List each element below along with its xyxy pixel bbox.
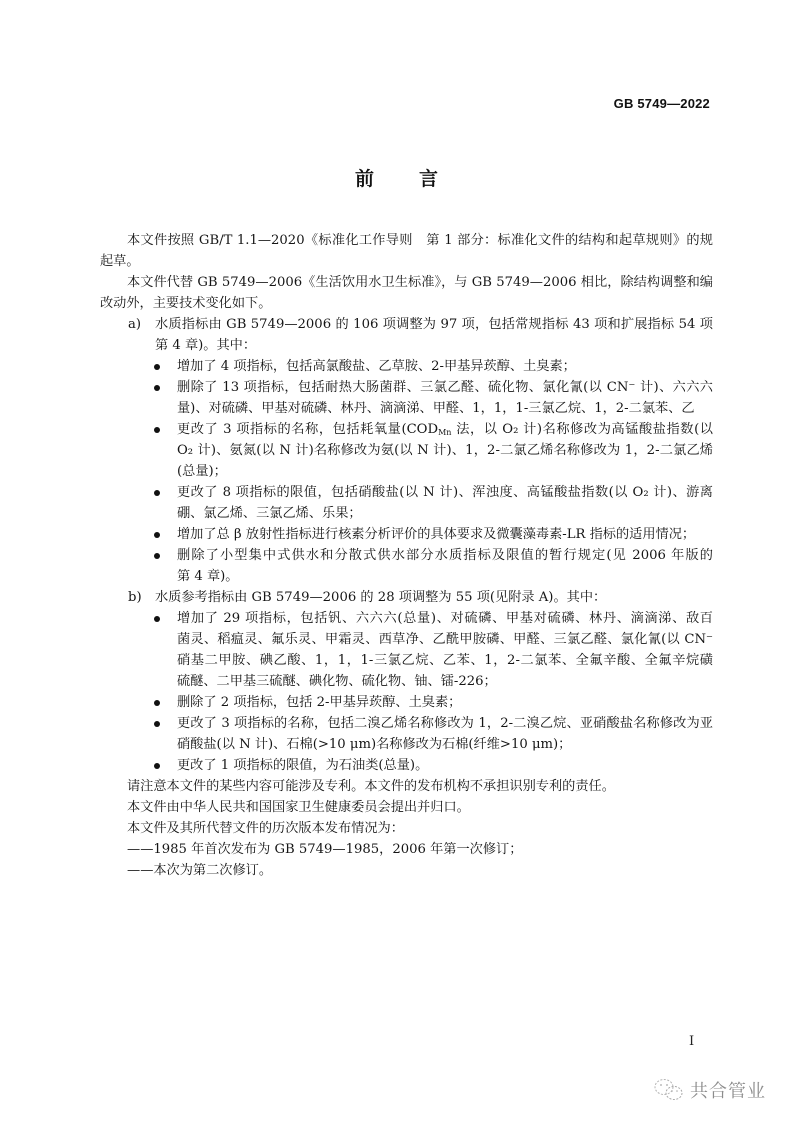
text-line: 第 4 章)。其中： — [100, 335, 713, 356]
history-item: ——本次为第二次修订。 — [100, 860, 713, 881]
text-line-content: 增加了总 β 放射性指标进行核素分析评价的具体要求及微囊藻毒素-LR 指标的适用… — [177, 527, 695, 542]
bullet-icon — [154, 553, 160, 559]
text-line-content: 水质指标由 GB 5749—2006 的 106 项调整为 97 项，包括常规指… — [155, 317, 713, 335]
text-line: 硝酸盐(以 N 计)、石棉(>10 μm)名称修改为石棉(纤维>10 μm)； — [100, 734, 713, 755]
bullet-item: 更改了 3 项指标的名称，包括二溴乙烯名称修改为 1，2-二溴乙烷、亚硝酸盐名称… — [100, 713, 713, 755]
text-line-content: 删除了 13 项指标，包括耐热大肠菌群、三氯乙醛、硫化物、氯化氰(以 CN⁻ 计… — [177, 380, 713, 398]
list-item-a: a) 水质指标由 GB 5749—2006 的 106 项调整为 97 项，包括… — [100, 314, 713, 587]
subscript: Mn — [438, 428, 451, 437]
watermark-text: 共合管业 — [690, 1077, 766, 1103]
text-line: b) 水质参考指标由 GB 5749—2006 的 28 项调整为 55 项(见… — [100, 587, 713, 608]
text-line: 更改了 3 项指标的名称，包括耗氧量(CODMn 法，以 O₂ 计)名称修改为高… — [100, 419, 713, 440]
bullet-item: 更改了 8 项指标的限值，包括硝酸盐(以 N 计)、浑浊度、高锰酸盐指数(以 O… — [100, 482, 713, 524]
text-line-content: 水质参考指标由 GB 5749—2006 的 28 项调整为 55 项(见附录 … — [155, 590, 606, 605]
text-line: (总量)； — [100, 461, 713, 482]
page-title: 前 言 — [0, 164, 793, 191]
text-line: 删除了 2 项指标，包括 2-甲基异莰醇、土臭素； — [100, 692, 713, 713]
page-number: I — [689, 1034, 694, 1049]
text-segment: 法，以 O₂ 计)名称修改为高锰酸盐指数(以 — [451, 422, 713, 437]
text-line: 增加了总 β 放射性指标进行核素分析评价的具体要求及微囊藻毒素-LR 指标的适用… — [100, 524, 713, 545]
bullet-item: 更改了 1 项指标的限值，为石油类(总量)。 — [100, 755, 713, 776]
text-line: 删除了 13 项指标，包括耐热大肠菌群、三氯乙醛、硫化物、氯化氰(以 CN⁻ 计… — [100, 377, 713, 398]
bullet-item: 增加了 29 项指标，包括钒、六六六(总量)、对硫磷、甲基对硫磷、林丹、滴滴涕、… — [100, 608, 713, 692]
paragraph-drafting-rules: 本文件按照 GB/T 1.1—2020《标准化工作导则 第 1 部分：标准化文件… — [100, 230, 713, 272]
bullet-item: 更改了 3 项指标的名称，包括耗氧量(CODMn 法，以 O₂ 计)名称修改为高… — [100, 419, 713, 482]
text-line: 本文件代替 GB 5749—2006《生活饮用水卫生标准》，与 GB 5749—… — [100, 272, 713, 293]
standard-number: GB 5749—2022 — [614, 96, 710, 111]
text-line: 更改了 8 项指标的限值，包括硝酸盐(以 N 计)、浑浊度、高锰酸盐指数(以 O… — [100, 482, 713, 503]
text-line: 第 4 章)。 — [100, 566, 713, 587]
text-line-content: 增加了 29 项指标，包括钒、六六六(总量)、对硫磷、甲基对硫磷、林丹、滴滴涕、… — [177, 611, 713, 629]
text-line-content: 增加了 4 项指标，包括高氯酸盐、乙草胺、2-甲基异莰醇、土臭素； — [177, 359, 576, 374]
text-line-content: 删除了小型集中式供水和分散式供水部分水质指标及限值的暂行规定(见 2006 年版… — [177, 548, 713, 563]
proposer-statement: 本文件由中华人民共和国国家卫生健康委员会提出并归口。 — [100, 797, 713, 818]
bullet-icon — [154, 763, 160, 769]
text-line: 菌灵、稻瘟灵、氟乐灵、甲霜灵、西草净、乙酰甲胺磷、甲醛、三氯乙醛、氯化氰(以 C… — [100, 629, 713, 650]
text-line-content: 更改了 3 项指标的名称，包括二溴乙烯名称修改为 1，2-二溴乙烷、亚硝酸盐名称… — [177, 716, 713, 731]
text-line: 硼、氯乙烯、三氯乙烯、乐果； — [100, 503, 713, 524]
text-line: 增加了 29 项指标，包括钒、六六六(总量)、对硫磷、甲基对硫磷、林丹、滴滴涕、… — [100, 608, 713, 629]
wechat-icon — [652, 1077, 686, 1103]
list-marker: b) — [128, 587, 142, 608]
text-line: O₂ 计)、氨氮(以 N 计)名称修改为氨(以 N 计)、1，2-二氯乙烯名称修… — [100, 440, 713, 461]
bullet-icon — [154, 700, 160, 706]
text-line: 硝基二甲胺、碘乙酸、1，1，1-三氯乙烷、乙苯、1，2-二氯苯、全氟辛酸、全氟辛… — [100, 650, 713, 671]
text-line-content: 更改了 1 项指标的限值，为石油类(总量)。 — [177, 758, 428, 773]
text-line: 删除了小型集中式供水和分散式供水部分水质指标及限值的暂行规定(见 2006 年版… — [100, 545, 713, 566]
preface-body: 本文件按照 GB/T 1.1—2020《标准化工作导则 第 1 部分：标准化文件… — [100, 230, 713, 881]
bullet-icon — [154, 532, 160, 538]
text-line: 起草。 — [100, 251, 713, 272]
text-segment: 更改了 3 项指标的名称，包括耗氧量(COD — [177, 422, 438, 437]
patent-notice: 请注意本文件的某些内容可能涉及专利。本文件的发布机构不承担识别专利的责任。 — [100, 776, 713, 797]
bullet-icon — [154, 364, 160, 370]
watermark: 共合管业 — [652, 1076, 766, 1104]
list-item-b: b) 水质参考指标由 GB 5749—2006 的 28 项调整为 55 项(见… — [100, 587, 713, 776]
text-line: 本文件按照 GB/T 1.1—2020《标准化工作导则 第 1 部分：标准化文件… — [100, 230, 713, 251]
text-line: a) 水质指标由 GB 5749—2006 的 106 项调整为 97 项，包括… — [100, 314, 713, 335]
history-intro: 本文件及其所代替文件的历次版本发布情况为： — [100, 818, 713, 839]
bullet-icon — [154, 385, 160, 391]
bullet-icon — [154, 616, 160, 622]
closing-section: 请注意本文件的某些内容可能涉及专利。本文件的发布机构不承担识别专利的责任。 本文… — [100, 776, 713, 881]
text-line: 改动外，主要技术变化如下。 — [100, 293, 713, 314]
text-line-content: 删除了 2 项指标，包括 2-甲基异莰醇、土臭素； — [177, 695, 461, 710]
list-marker: a) — [128, 314, 141, 335]
text-line: 更改了 3 项指标的名称，包括二溴乙烯名称修改为 1，2-二溴乙烷、亚硝酸盐名称… — [100, 713, 713, 734]
history-item: ——1985 年首次发布为 GB 5749—1985，2006 年第一次修订； — [100, 839, 713, 860]
text-line-content: 更改了 8 项指标的限值，包括硝酸盐(以 N 计)、浑浊度、高锰酸盐指数(以 O… — [177, 485, 713, 503]
bullet-item: 增加了 4 项指标，包括高氯酸盐、乙草胺、2-甲基异莰醇、土臭素； — [100, 356, 713, 377]
bullet-icon — [154, 721, 160, 727]
bullet-item: 删除了小型集中式供水和分散式供水部分水质指标及限值的暂行规定(见 2006 年版… — [100, 545, 713, 587]
text-line: 量)、对硫磷、甲基对硫磷、林丹、滴滴涕、甲醛、1，1，1-三氯乙烷、1，2-二氯… — [100, 398, 713, 419]
bullet-item: 删除了 2 项指标，包括 2-甲基异莰醇、土臭素； — [100, 692, 713, 713]
bullet-icon — [154, 490, 160, 496]
text-line: 增加了 4 项指标，包括高氯酸盐、乙草胺、2-甲基异莰醇、土臭素； — [100, 356, 713, 377]
bullet-icon — [154, 427, 160, 433]
text-line: 更改了 1 项指标的限值，为石油类(总量)。 — [100, 755, 713, 776]
paragraph-replacement: 本文件代替 GB 5749—2006《生活饮用水卫生标准》，与 GB 5749—… — [100, 272, 713, 314]
text-line: 硫醚、二甲基三硫醚、碘化物、硫化物、铀、镭-226； — [100, 671, 713, 692]
bullet-item: 删除了 13 项指标，包括耐热大肠菌群、三氯乙醛、硫化物、氯化氰(以 CN⁻ 计… — [100, 377, 713, 419]
bullet-item: 增加了总 β 放射性指标进行核素分析评价的具体要求及微囊藻毒素-LR 指标的适用… — [100, 524, 713, 545]
